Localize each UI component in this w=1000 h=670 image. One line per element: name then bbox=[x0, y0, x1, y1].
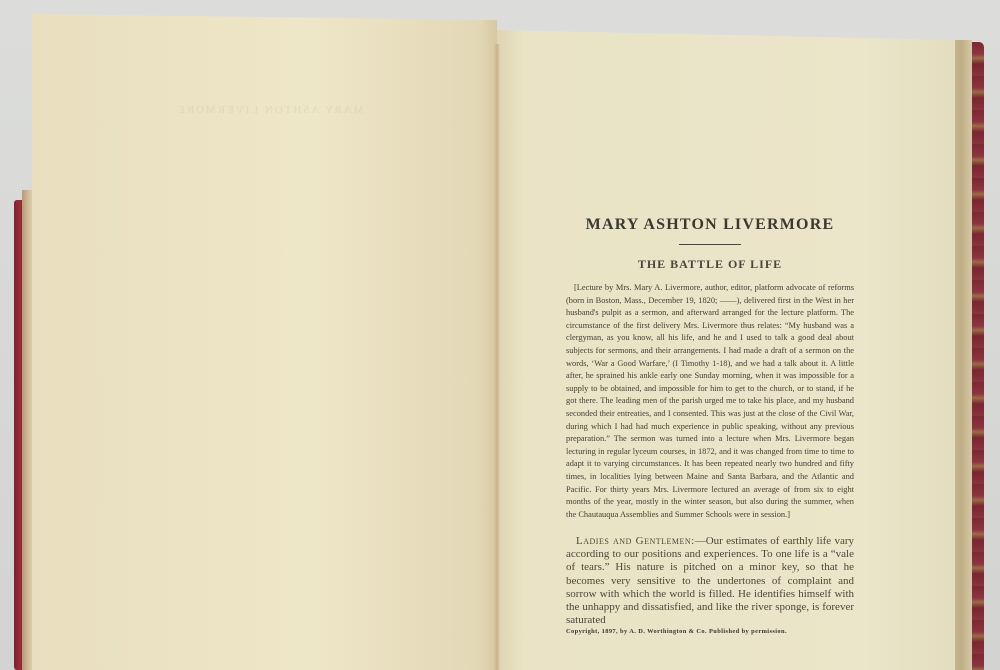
lecture-title: THE BATTLE OF LIFE bbox=[566, 257, 854, 272]
book-gutter bbox=[494, 44, 500, 670]
lecture-body: Ladies and Gentlemen:—Our estimates of e… bbox=[566, 535, 854, 627]
right-page-content: MARY ASHTON LIVERMORE THE BATTLE OF LIFE… bbox=[566, 216, 854, 636]
heading-rule bbox=[679, 244, 741, 245]
copyright-footnote: Copyright, 1897, by A. D. Worthington & … bbox=[566, 628, 854, 636]
lecture-body-text: —Our estimates of earthly life vary acco… bbox=[566, 535, 854, 626]
bleed-through-text: MARY ASHTON LIVERMORE bbox=[176, 104, 363, 116]
introduction-paragraph: [Lecture by Mrs. Mary A. Livermore, auth… bbox=[566, 282, 854, 521]
salutation: Ladies and Gentlemen: bbox=[576, 535, 695, 547]
author-heading: MARY ASHTON LIVERMORE bbox=[566, 216, 854, 234]
